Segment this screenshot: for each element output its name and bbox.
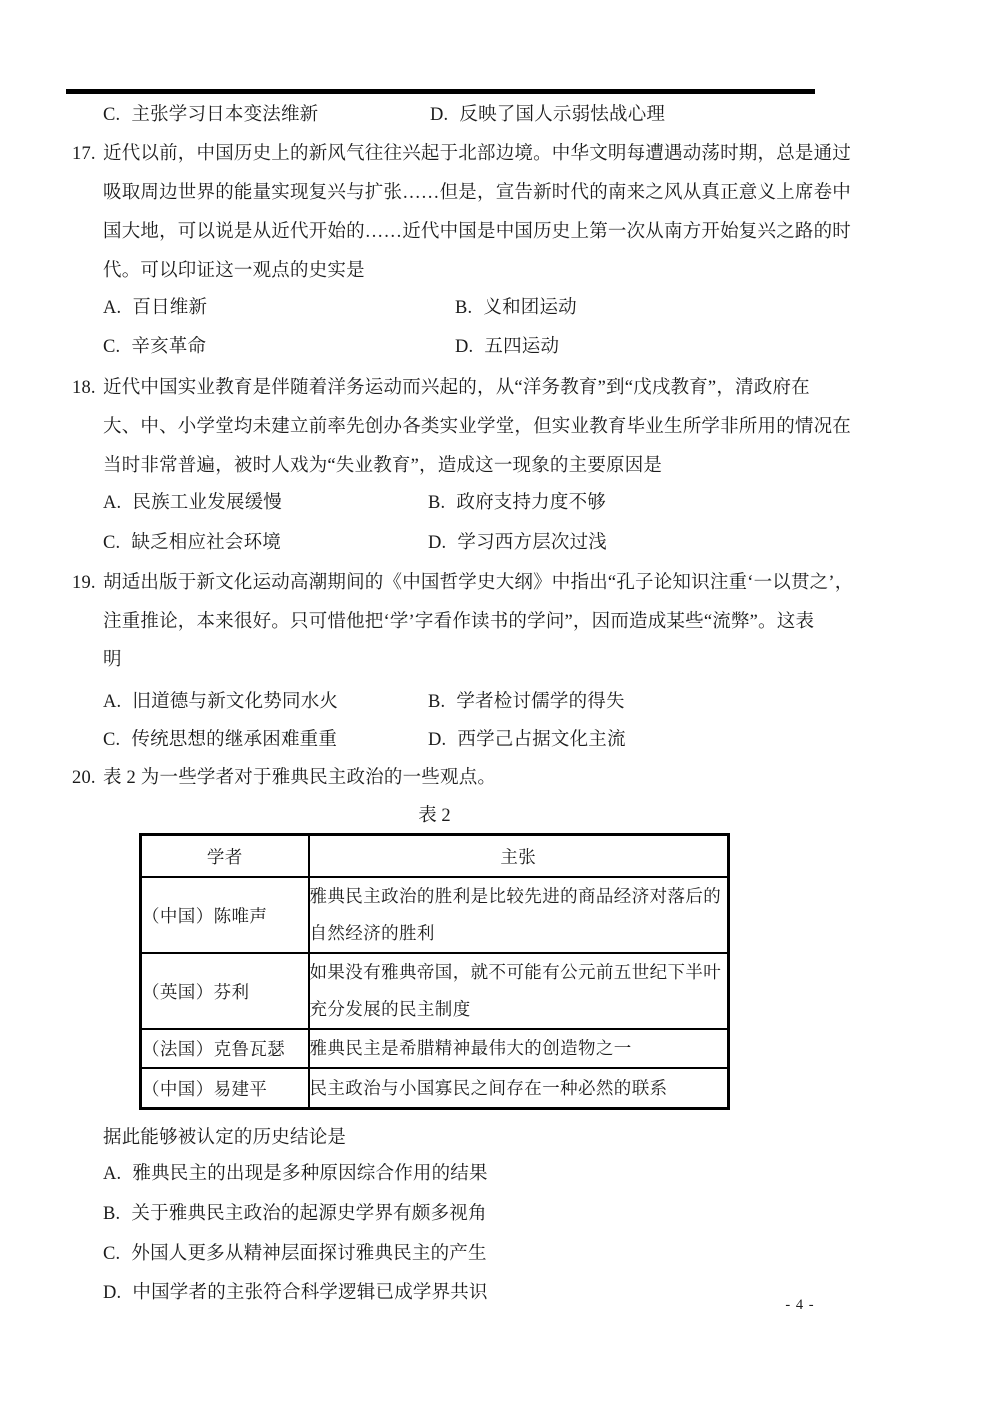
option-text: 百日维新 [132,298,207,318]
question-18-option-d: D.学习西方层次过浅 [428,523,607,563]
question-18-stem-line: 近代中国实业教育是伴随着洋务运动而兴起的，从“洋务教育”到“戊戌教育”，清政府在 [103,368,810,408]
table-cell-view: 雅典民主是希腊精神最伟大的创造物之一 [309,1029,729,1068]
table-cell-view: 如果没有雅典帝国，就不可能有公元前五世纪下半叶 充分发展的民主制度 [309,953,729,1029]
option-text: 学者检讨儒学的得失 [456,692,624,712]
option-label: A. [103,682,121,722]
question-20-option-b: B.关于雅典民主政治的起源史学界有颇多视角 [103,1194,487,1234]
question-20-option-c: C.外国人更多从精神层面探讨雅典民主的产生 [103,1234,487,1274]
option-label: B. [428,483,445,523]
option-text: 主张学习日本变法维新 [131,105,318,125]
question-17-stem-line: 国大地，可以说是从近代开始的……近代中国是中国历史上第一次从南方开始复兴之路的时 [103,212,851,252]
option-text: 西学己占据文化主流 [457,730,625,750]
question-18-option-b: B.政府支持力度不够 [428,483,606,523]
option-c-carryover: C.主张学习日本变法维新 [103,95,318,135]
question-18-number: 18. [72,368,96,408]
option-label: C. [103,523,120,563]
option-text: 义和团运动 [483,298,577,318]
question-20-option-d: D.中国学者的主张符合科学逻辑已成学界共识 [103,1273,488,1313]
option-text: 外国人更多从精神层面探讨雅典民主的产生 [131,1244,486,1264]
option-label: C. [103,720,120,760]
question-19-stem-line: 胡适出版于新文化运动高潮期间的《中国哲学史大纲》中指出“孔子论知识注重‘一以贯之… [103,563,853,603]
option-text: 缺乏相应社会环境 [131,533,281,553]
question-19-stem-line: 注重推论，本来很好。只可惜他把‘学’字看作读书的学问”，因而造成某些“流弊”。这… [103,602,814,642]
table-cell-view: 民主政治与小国寡民之间存在一种必然的联系 [309,1068,729,1109]
option-text: 反映了国人示弱怯战心理 [459,105,665,125]
question-17-number: 17. [72,134,96,174]
option-label: D. [103,1273,121,1313]
question-19-number: 19. [72,563,96,603]
exam-page: C.主张学习日本变法维新 D.反映了国人示弱怯战心理 17. 近代以前，中国历史… [0,0,992,1403]
option-label: C. [103,327,120,367]
table-2-title: 表 2 [139,796,730,836]
table-cell-scholar: （英国）芬利 [141,953,309,1029]
option-text: 雅典民主的出现是多种原因综合作用的结果 [132,1164,487,1184]
question-19-option-c: C.传统思想的继承困难重重 [103,720,337,760]
question-20-stem-line: 表 2 为一些学者对于雅典民主政治的一些观点。 [103,758,496,798]
table-row: （中国）易建平 民主政治与小国寡民之间存在一种必然的联系 [141,1068,729,1109]
question-18-option-a: A.民族工业发展缓慢 [103,483,282,523]
option-label: B. [103,1194,120,1234]
question-17-option-d: D.五四运动 [455,327,559,367]
question-19-option-a: A.旧道德与新文化势同水火 [103,682,338,722]
page-top-rule [66,89,815,94]
option-d-carryover: D.反映了国人示弱怯战心理 [430,95,665,135]
question-17-option-b: B.义和团运动 [455,288,577,328]
option-text: 五四运动 [484,337,559,357]
question-19-stem-line: 明 [103,640,122,680]
question-18-stem-line: 大、中、小学堂均未建立前率先创办各类实业学堂，但实业教育毕业生所学非所用的情况在 [103,407,851,447]
table-row: （法国）克鲁瓦瑟 雅典民主是希腊精神最伟大的创造物之一 [141,1029,729,1068]
question-17-stem-line: 吸取周边世界的能量实现复兴与扩张……但是，宣告新时代的南来之风从真正意义上席卷中 [103,173,851,213]
option-text: 中国学者的主张符合科学逻辑已成学界共识 [132,1283,487,1303]
option-label: B. [455,288,472,328]
option-label: D. [428,523,446,563]
page-number: - 4 - [770,1295,830,1315]
table-2: 学者 主张 （中国）陈唯声 雅典民主政治的胜利是比较先进的商品经济对落后的 自然… [139,833,730,1110]
table-header-scholar: 学者 [141,835,309,878]
option-label: C. [103,1234,120,1274]
question-17-stem-line: 近代以前，中国历史上的新风气往往兴起于北部边境。中华文明每遭遇动荡时期，总是通过 [103,134,851,174]
option-text: 学习西方层次过浅 [457,533,607,553]
option-text: 关于雅典民主政治的起源史学界有颇多视角 [131,1204,486,1224]
option-text: 民族工业发展缓慢 [132,493,282,513]
table-cell-scholar: （法国）克鲁瓦瑟 [141,1029,309,1068]
question-20-number: 20. [72,758,96,798]
question-17-option-a: A.百日维新 [103,288,207,328]
option-label: A. [103,483,121,523]
table-row: （英国）芬利 如果没有雅典帝国，就不可能有公元前五世纪下半叶 充分发展的民主制度 [141,953,729,1029]
option-label: D. [455,327,473,367]
table-header-view: 主张 [309,835,729,878]
table-cell-scholar: （中国）陈唯声 [141,877,309,953]
question-19-option-d: D.西学己占据文化主流 [428,720,626,760]
question-17-stem-line: 代。可以印证这一观点的史实是 [103,251,365,291]
option-text: 政府支持力度不够 [456,493,606,513]
question-19-option-b: B.学者检讨儒学的得失 [428,682,625,722]
question-17-option-c: C.辛亥革命 [103,327,206,367]
option-label: D. [430,95,448,135]
option-text: 旧道德与新文化势同水火 [132,692,338,712]
option-label: B. [428,682,445,722]
option-label: C. [103,95,120,135]
option-text: 辛亥革命 [131,337,206,357]
option-label: A. [103,288,121,328]
table-cell-scholar: （中国）易建平 [141,1068,309,1109]
option-label: D. [428,720,446,760]
table-cell-view: 雅典民主政治的胜利是比较先进的商品经济对落后的 自然经济的胜利 [309,877,729,953]
question-18-stem-line: 当时非常普遍，被时人戏为“失业教育”，造成这一现象的主要原因是 [103,446,662,486]
table-row: （中国）陈唯声 雅典民主政治的胜利是比较先进的商品经济对落后的 自然经济的胜利 [141,877,729,953]
question-20-option-a: A.雅典民主的出现是多种原因综合作用的结果 [103,1154,488,1194]
option-text: 传统思想的继承困难重重 [131,730,337,750]
question-18-option-c: C.缺乏相应社会环境 [103,523,281,563]
option-label: A. [103,1154,121,1194]
question-20-prompt: 据此能够被认定的历史结论是 [103,1118,346,1158]
